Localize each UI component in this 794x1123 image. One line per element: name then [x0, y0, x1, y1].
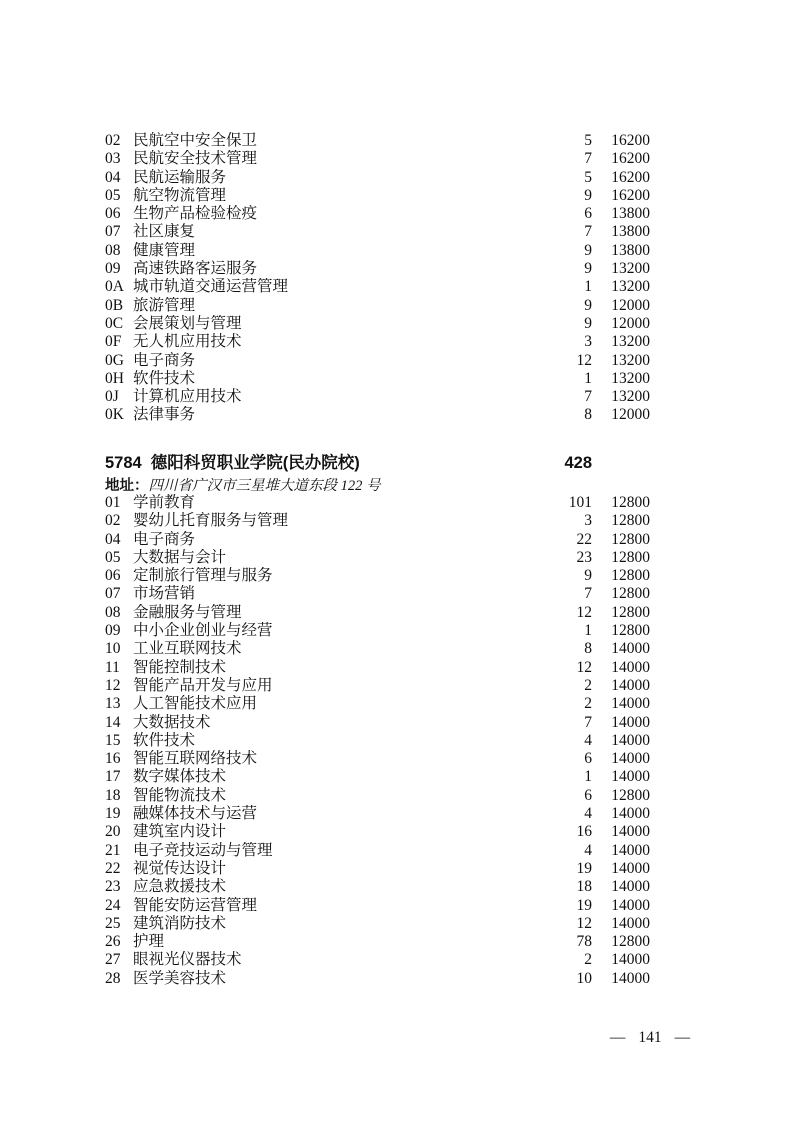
- major-row: 05 航空物流管理 9 16200: [105, 187, 650, 205]
- major-row: 04 民航运输服务 5 16200: [105, 169, 650, 187]
- tuition-fee: 14000: [592, 970, 650, 988]
- major-code: 24: [105, 897, 133, 915]
- major-row: 03 民航安全技术管理 7 16200: [105, 150, 650, 168]
- tuition-fee: 13200: [592, 388, 650, 406]
- major-row: 06 定制旅行管理与服务 9 12800: [105, 567, 650, 585]
- school-header: 5784 德阳科贸职业学院(民办院校) 428: [105, 453, 650, 474]
- tuition-fee: 13200: [592, 260, 650, 278]
- school-name: 德阳科贸职业学院(民办院校): [151, 453, 546, 474]
- tuition-fee: 12800: [592, 567, 650, 585]
- major-name: 社区康复: [133, 223, 546, 241]
- tuition-fee: 14000: [592, 677, 650, 695]
- major-row: 20 建筑室内设计 16 14000: [105, 823, 650, 841]
- major-code: 0H: [105, 370, 133, 388]
- major-name: 智能物流技术: [133, 787, 546, 805]
- major-code: 04: [105, 531, 133, 549]
- major-code: 06: [105, 567, 133, 585]
- major-code: 11: [105, 659, 133, 677]
- major-name: 生物产品检验检疫: [133, 205, 546, 223]
- major-row: 0A 城市轨道交通运营管理 1 13200: [105, 278, 650, 296]
- plan-count: 3: [546, 333, 592, 351]
- tuition-fee: 16200: [592, 132, 650, 150]
- major-row: 14 大数据技术 7 14000: [105, 714, 650, 732]
- major-name: 护理: [133, 933, 546, 951]
- major-name: 电子竞技运动与管理: [133, 842, 546, 860]
- tuition-fee: 12000: [592, 315, 650, 333]
- major-name: 应急救援技术: [133, 878, 546, 896]
- plan-count: 3: [546, 512, 592, 530]
- major-row: 18 智能物流技术 6 12800: [105, 787, 650, 805]
- plan-count: 9: [546, 260, 592, 278]
- plan-count: 4: [546, 805, 592, 823]
- major-name: 市场营销: [133, 585, 546, 603]
- major-row: 26 护理 78 12800: [105, 933, 650, 951]
- plan-count: 23: [546, 549, 592, 567]
- plan-count: 4: [546, 732, 592, 750]
- major-row: 22 视觉传达设计 19 14000: [105, 860, 650, 878]
- major-row: 16 智能互联网络技术 6 14000: [105, 750, 650, 768]
- tuition-fee: 14000: [592, 951, 650, 969]
- plan-count: 6: [546, 205, 592, 223]
- plan-count: 12: [546, 352, 592, 370]
- tuition-fee: 12800: [592, 549, 650, 567]
- major-row: 09 中小企业创业与经营 1 12800: [105, 622, 650, 640]
- major-name: 民航安全技术管理: [133, 150, 546, 168]
- plan-count: 4: [546, 842, 592, 860]
- tuition-fee: 13800: [592, 223, 650, 241]
- major-name: 学前教育: [133, 494, 546, 512]
- plan-count: 8: [546, 406, 592, 424]
- tuition-fee: 14000: [592, 915, 650, 933]
- tuition-fee: 14000: [592, 695, 650, 713]
- major-name: 高速铁路客运服务: [133, 260, 546, 278]
- plan-count: 1: [546, 768, 592, 786]
- tuition-fee: 12800: [592, 787, 650, 805]
- footer-dash-right: —: [675, 1028, 691, 1047]
- major-list-continued: 02 民航空中安全保卫 5 16200 03 民航安全技术管理 7 16200 …: [105, 132, 650, 425]
- major-code: 03: [105, 150, 133, 168]
- major-row: 08 金融服务与管理 12 12800: [105, 604, 650, 622]
- major-name: 医学美容技术: [133, 970, 546, 988]
- major-code: 0A: [105, 278, 133, 296]
- major-name: 无人机应用技术: [133, 333, 546, 351]
- plan-count: 18: [546, 878, 592, 896]
- major-code: 0K: [105, 406, 133, 424]
- major-name: 健康管理: [133, 242, 546, 260]
- school-total-plan: 428: [546, 453, 592, 474]
- major-list-school: 01 学前教育 101 12800 02 婴幼儿托育服务与管理 3 12800 …: [105, 494, 650, 988]
- major-name: 工业互联网技术: [133, 640, 546, 658]
- plan-count: 12: [546, 915, 592, 933]
- tuition-fee: 14000: [592, 805, 650, 823]
- plan-count: 12: [546, 604, 592, 622]
- major-row: 05 大数据与会计 23 12800: [105, 549, 650, 567]
- document-page: { "school": { "code": "5784", "name": "德…: [0, 0, 794, 1123]
- major-code: 0J: [105, 388, 133, 406]
- tuition-fee: 14000: [592, 750, 650, 768]
- major-name: 航空物流管理: [133, 187, 546, 205]
- major-code: 12: [105, 677, 133, 695]
- tuition-fee: 13200: [592, 278, 650, 296]
- plan-count: 2: [546, 695, 592, 713]
- plan-count: 6: [546, 787, 592, 805]
- major-name: 建筑室内设计: [133, 823, 546, 841]
- major-row: 13 人工智能技术应用 2 14000: [105, 695, 650, 713]
- major-name: 眼视光仪器技术: [133, 951, 546, 969]
- major-row: 04 电子商务 22 12800: [105, 531, 650, 549]
- major-row: 08 健康管理 9 13800: [105, 242, 650, 260]
- plan-count: 12: [546, 659, 592, 677]
- major-code: 20: [105, 823, 133, 841]
- major-row: 11 智能控制技术 12 14000: [105, 659, 650, 677]
- plan-count: 7: [546, 714, 592, 732]
- tuition-fee: 14000: [592, 714, 650, 732]
- major-name: 软件技术: [133, 370, 546, 388]
- tuition-fee: 12800: [592, 494, 650, 512]
- major-code: 08: [105, 604, 133, 622]
- major-row: 0C 会展策划与管理 9 12000: [105, 315, 650, 333]
- major-code: 06: [105, 205, 133, 223]
- plan-count: 8: [546, 640, 592, 658]
- plan-count: 9: [546, 315, 592, 333]
- major-row: 0J 计算机应用技术 7 13200: [105, 388, 650, 406]
- tuition-fee: 13800: [592, 242, 650, 260]
- major-row: 02 民航空中安全保卫 5 16200: [105, 132, 650, 150]
- tuition-fee: 13200: [592, 370, 650, 388]
- major-name: 定制旅行管理与服务: [133, 567, 546, 585]
- major-row: 23 应急救援技术 18 14000: [105, 878, 650, 896]
- major-row: 15 软件技术 4 14000: [105, 732, 650, 750]
- major-row: 21 电子竞技运动与管理 4 14000: [105, 842, 650, 860]
- major-code: 01: [105, 494, 133, 512]
- major-code: 19: [105, 805, 133, 823]
- major-row: 17 数字媒体技术 1 14000: [105, 768, 650, 786]
- major-code: 13: [105, 695, 133, 713]
- major-row: 19 融媒体技术与运营 4 14000: [105, 805, 650, 823]
- major-row: 28 医学美容技术 10 14000: [105, 970, 650, 988]
- plan-count: 9: [546, 297, 592, 315]
- tuition-fee: 16200: [592, 187, 650, 205]
- major-code: 09: [105, 622, 133, 640]
- plan-count: 101: [546, 494, 592, 512]
- tuition-fee: 13200: [592, 333, 650, 351]
- major-row: 25 建筑消防技术 12 14000: [105, 915, 650, 933]
- plan-count: 5: [546, 169, 592, 187]
- major-row: 24 智能安防运营管理 19 14000: [105, 897, 650, 915]
- tuition-fee: 12800: [592, 933, 650, 951]
- plan-count: 1: [546, 370, 592, 388]
- tuition-fee: 13800: [592, 205, 650, 223]
- major-name: 智能互联网络技术: [133, 750, 546, 768]
- major-code: 10: [105, 640, 133, 658]
- major-code: 27: [105, 951, 133, 969]
- tuition-fee: 12800: [592, 585, 650, 603]
- major-name: 婴幼儿托育服务与管理: [133, 512, 546, 530]
- major-row: 0G 电子商务 12 13200: [105, 352, 650, 370]
- major-name: 电子商务: [133, 531, 546, 549]
- school-address-line: 地址：四川省广汉市三星堆大道东段 122 号: [105, 477, 650, 495]
- major-name: 数字媒体技术: [133, 768, 546, 786]
- plan-count: 19: [546, 897, 592, 915]
- major-name: 旅游管理: [133, 297, 546, 315]
- major-code: 15: [105, 732, 133, 750]
- plan-count: 78: [546, 933, 592, 951]
- major-row: 10 工业互联网技术 8 14000: [105, 640, 650, 658]
- address-text: 四川省广汉市三星堆大道东段 122 号: [149, 478, 381, 494]
- tuition-fee: 14000: [592, 640, 650, 658]
- plan-count: 1: [546, 278, 592, 296]
- tuition-fee: 14000: [592, 878, 650, 896]
- major-name: 智能安防运营管理: [133, 897, 546, 915]
- tuition-fee: 14000: [592, 823, 650, 841]
- major-code: 25: [105, 915, 133, 933]
- major-row: 0F 无人机应用技术 3 13200: [105, 333, 650, 351]
- major-code: 18: [105, 787, 133, 805]
- major-code: 0B: [105, 297, 133, 315]
- major-name: 法律事务: [133, 406, 546, 424]
- plan-count: 19: [546, 860, 592, 878]
- major-row: 06 生物产品检验检疫 6 13800: [105, 205, 650, 223]
- major-name: 软件技术: [133, 732, 546, 750]
- major-row: 27 眼视光仪器技术 2 14000: [105, 951, 650, 969]
- major-code: 23: [105, 878, 133, 896]
- major-row: 02 婴幼儿托育服务与管理 3 12800: [105, 512, 650, 530]
- plan-count: 16: [546, 823, 592, 841]
- tuition-fee: 14000: [592, 732, 650, 750]
- major-row: 0H 软件技术 1 13200: [105, 370, 650, 388]
- tuition-fee: 12800: [592, 531, 650, 549]
- major-name: 人工智能技术应用: [133, 695, 546, 713]
- plan-count: 9: [546, 242, 592, 260]
- major-name: 城市轨道交通运营管理: [133, 278, 546, 296]
- tuition-fee: 14000: [592, 768, 650, 786]
- major-code: 0F: [105, 333, 133, 351]
- plan-count: 5: [546, 132, 592, 150]
- plan-count: 7: [546, 585, 592, 603]
- major-name: 智能产品开发与应用: [133, 677, 546, 695]
- address-label: 地址：: [105, 478, 149, 494]
- major-code: 05: [105, 549, 133, 567]
- major-name: 大数据技术: [133, 714, 546, 732]
- major-name: 民航空中安全保卫: [133, 132, 546, 150]
- major-name: 智能控制技术: [133, 659, 546, 677]
- major-code: 22: [105, 860, 133, 878]
- plan-count: 7: [546, 150, 592, 168]
- tuition-fee: 14000: [592, 897, 650, 915]
- plan-count: 2: [546, 951, 592, 969]
- major-code: 09: [105, 260, 133, 278]
- major-name: 融媒体技术与运营: [133, 805, 546, 823]
- major-row: 09 高速铁路客运服务 9 13200: [105, 260, 650, 278]
- tuition-fee: 16200: [592, 169, 650, 187]
- plan-count: 6: [546, 750, 592, 768]
- major-name: 计算机应用技术: [133, 388, 546, 406]
- school-code: 5784: [105, 453, 142, 474]
- major-row: 12 智能产品开发与应用 2 14000: [105, 677, 650, 695]
- plan-count: 2: [546, 677, 592, 695]
- major-name: 大数据与会计: [133, 549, 546, 567]
- major-code: 28: [105, 970, 133, 988]
- major-code: 26: [105, 933, 133, 951]
- major-name: 建筑消防技术: [133, 915, 546, 933]
- major-code: 04: [105, 169, 133, 187]
- plan-count: 1: [546, 622, 592, 640]
- major-name: 金融服务与管理: [133, 604, 546, 622]
- major-row: 0K 法律事务 8 12000: [105, 406, 650, 424]
- plan-count: 9: [546, 567, 592, 585]
- major-code: 08: [105, 242, 133, 260]
- tuition-fee: 12000: [592, 406, 650, 424]
- major-code: 07: [105, 585, 133, 603]
- major-code: 05: [105, 187, 133, 205]
- major-name: 视觉传达设计: [133, 860, 546, 878]
- tuition-fee: 13200: [592, 352, 650, 370]
- major-code: 0G: [105, 352, 133, 370]
- plan-count: 7: [546, 388, 592, 406]
- tuition-fee: 12800: [592, 512, 650, 530]
- major-code: 14: [105, 714, 133, 732]
- plan-count: 9: [546, 187, 592, 205]
- tuition-fee: 12800: [592, 622, 650, 640]
- page-footer: — 141 —: [560, 1028, 740, 1047]
- major-code: 02: [105, 512, 133, 530]
- major-name: 中小企业创业与经营: [133, 622, 546, 640]
- major-code: 07: [105, 223, 133, 241]
- major-name: 会展策划与管理: [133, 315, 546, 333]
- tuition-fee: 12800: [592, 604, 650, 622]
- plan-count: 7: [546, 223, 592, 241]
- major-code: 21: [105, 842, 133, 860]
- plan-count: 22: [546, 531, 592, 549]
- plan-count: 10: [546, 970, 592, 988]
- major-code: 0C: [105, 315, 133, 333]
- major-row: 01 学前教育 101 12800: [105, 494, 650, 512]
- major-row: 07 市场营销 7 12800: [105, 585, 650, 603]
- major-code: 02: [105, 132, 133, 150]
- footer-dash-left: —: [610, 1028, 626, 1047]
- tuition-fee: 14000: [592, 842, 650, 860]
- tuition-fee: 14000: [592, 860, 650, 878]
- major-name: 电子商务: [133, 352, 546, 370]
- major-code: 17: [105, 768, 133, 786]
- major-row: 07 社区康复 7 13800: [105, 223, 650, 241]
- tuition-fee: 14000: [592, 659, 650, 677]
- major-code: 16: [105, 750, 133, 768]
- major-name: 民航运输服务: [133, 169, 546, 187]
- page-number: 141: [638, 1028, 661, 1047]
- major-row: 0B 旅游管理 9 12000: [105, 297, 650, 315]
- tuition-fee: 12000: [592, 297, 650, 315]
- tuition-fee: 16200: [592, 150, 650, 168]
